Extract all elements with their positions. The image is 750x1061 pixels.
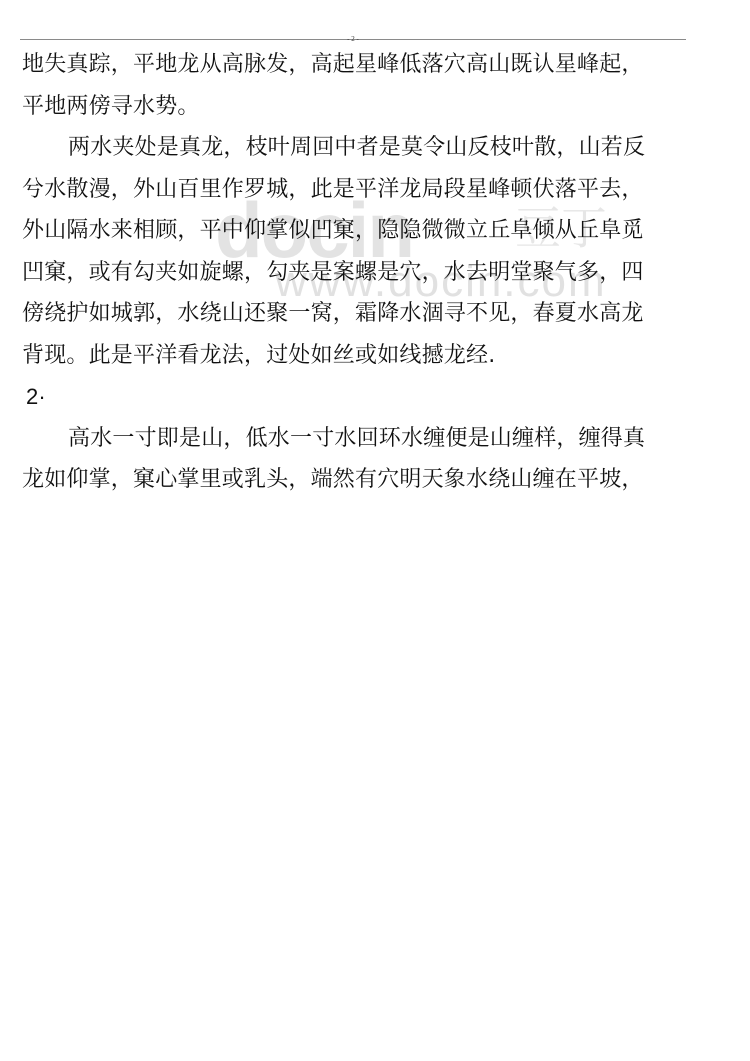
page-number: - 2 - [347,34,359,44]
text-line: 兮水散漫，外山百里作罗城，此是平洋龙局段星峰顿伏落平去， [22,169,702,211]
paragraph-3: 高水一寸即是山，低水一寸水回环水缠便是山缠样，缠得真 龙如仰掌，窠心掌里或乳头，… [22,418,702,501]
text-line: 外山隔水来相顾，平中仰掌似凹窠，隐隐微微立丘阜倾从丘阜觅 [22,210,702,252]
text-line: 背现。此是平洋看龙法，过处如丝或如线撼龙经. [22,335,702,377]
text-line: 傍绕护如城郭，水绕山还聚一窝，霜降水涸寻不见，春夏水高龙 [22,293,702,335]
text-line: 平地两傍寻水势。 [22,86,702,128]
text-line: 两水夹处是真龙，枝叶周回中者是莫令山反枝叶散，山若反 [22,127,702,169]
paragraph-2: 两水夹处是真龙，枝叶周回中者是莫令山反枝叶散，山若反 兮水散漫，外山百里作罗城，… [22,127,702,376]
section-number: 2· [22,376,702,418]
text-line: 高水一寸即是山，低水一寸水回环水缠便是山缠样，缠得真 [22,418,702,460]
document-body: 地失真踪，平地龙从高脉发，高起星峰低落穴高山既认星峰起， 平地两傍寻水势。 两水… [22,44,702,501]
paragraph-1: 地失真踪，平地龙从高脉发，高起星峰低落穴高山既认星峰起， 平地两傍寻水势。 [22,44,702,127]
text-line: 龙如仰掌，窠心掌里或乳头，端然有穴明天象水绕山缠在平坡， [22,459,702,501]
text-line: 地失真踪，平地龙从高脉发，高起星峰低落穴高山既认星峰起， [22,44,702,86]
text-line: 凹窠，或有勾夹如旋螺，勾夹是案螺是穴，水去明堂聚气多，四 [22,252,702,294]
page-header: - 2 - [20,26,686,40]
